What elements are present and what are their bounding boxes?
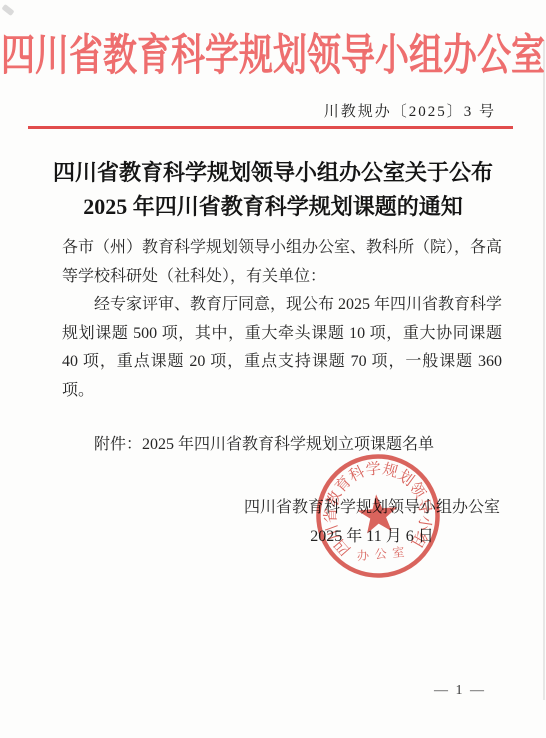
salutation-line: 各市（州）教育科学规划领导小组办公室、教科所（院），各高等学校科研处（社科处），… [62,234,502,291]
red-divider-line [28,126,513,129]
scan-speck [1,4,14,16]
scan-edge-line [543,40,545,700]
seal-bottom-text: 办 公 室 [356,544,406,563]
official-seal: 四川省教育科学规划领导小组 办 公 室 [309,447,448,586]
document-title: 四川省教育科学规划领导小组办公室关于公布 2025 年四川省教育科学规划课题的通… [0,156,546,224]
body-paragraph: 经专家评审、教育厅同意，现公布 2025 年四川省教育科学规划课题 500 项，… [62,291,502,405]
document-title-line1: 四川省教育科学规划领导小组办公室关于公布 [0,156,546,190]
seal-star-icon [356,493,399,535]
page-number: — 1 — [434,683,486,699]
document-number: 川教规办〔2025〕3 号 [324,100,496,121]
scanned-document-page: 四川省教育科学规划领导小组办公室 川教规办〔2025〕3 号 四川省教育科学规划… [0,0,546,738]
letterhead-title: 四川省教育科学规划领导小组办公室 [0,20,546,83]
document-body: 各市（州）教育科学规划领导小组办公室、教科所（院），各高等学校科研处（社科处），… [62,234,502,460]
document-title-line2: 2025 年四川省教育科学规划课题的通知 [0,190,546,224]
